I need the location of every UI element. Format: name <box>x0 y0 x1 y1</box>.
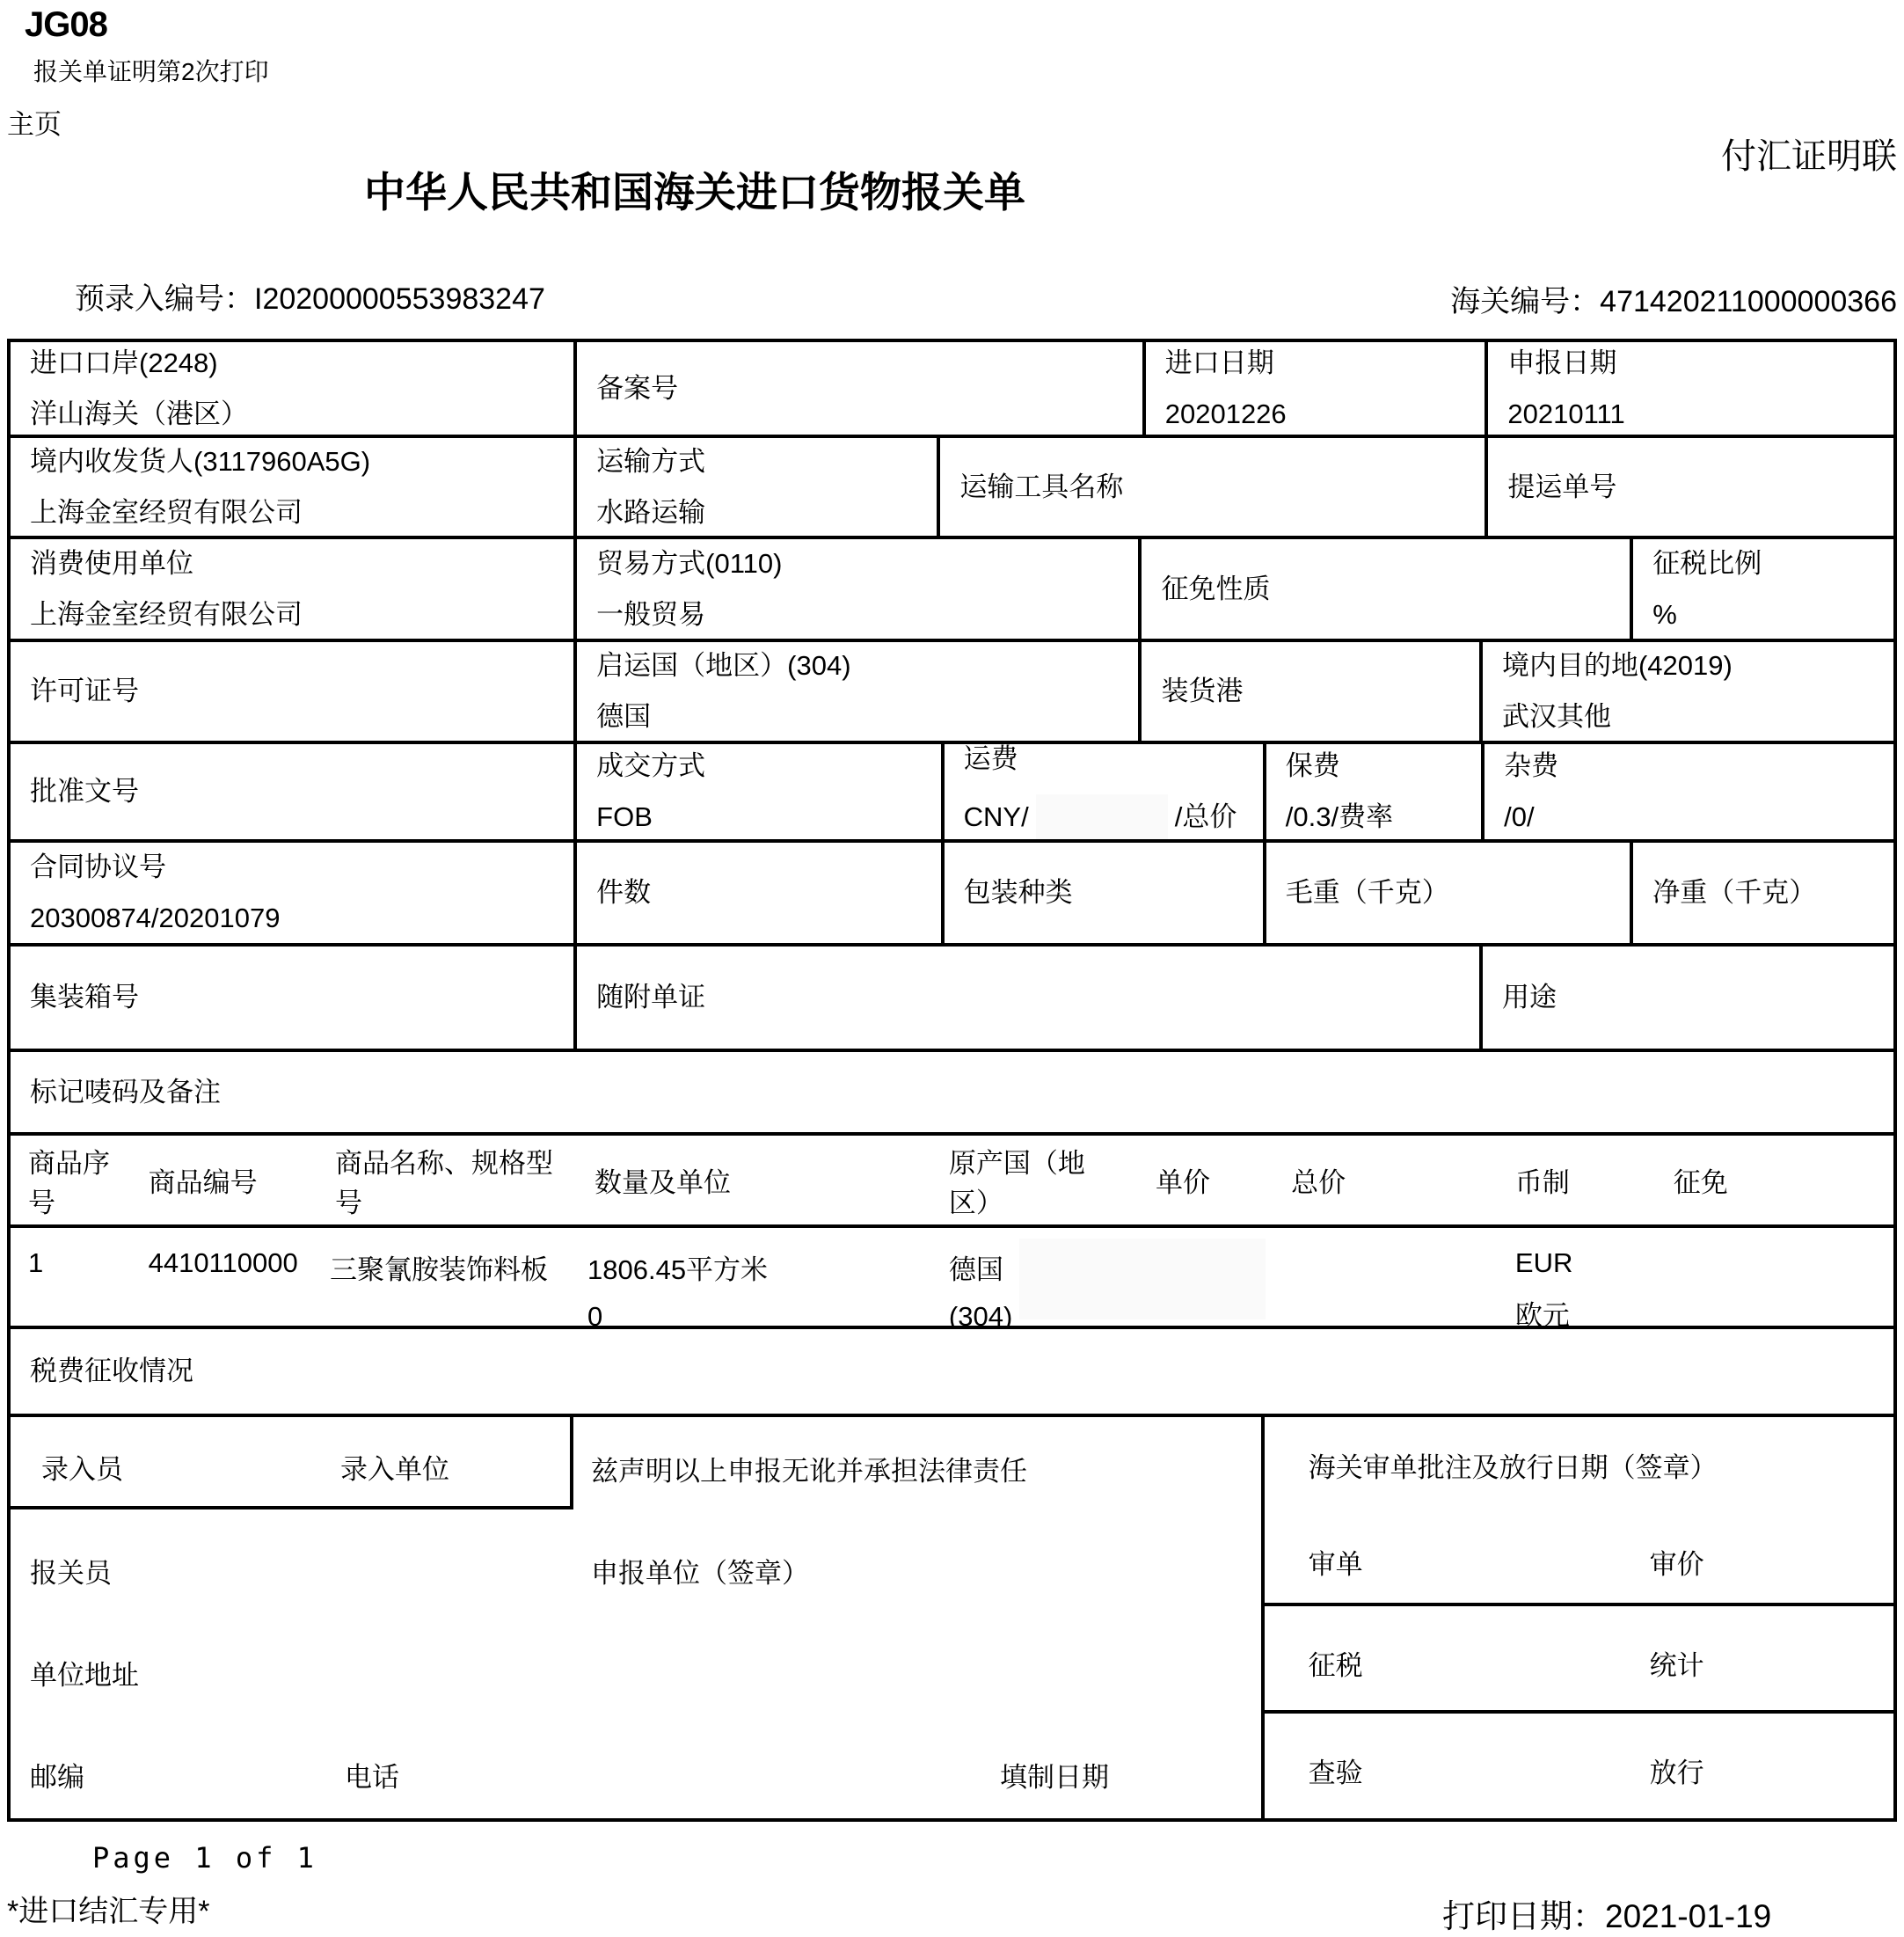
home-link[interactable]: 主页 <box>7 102 62 142</box>
goods-item-row: 1 4410110000 三聚氰胺装饰料板 1806.45平方米 0 德国 (3… <box>11 1224 1893 1326</box>
field-net-weight-label: 净重（千克） <box>1652 877 1881 909</box>
pre-entry-value: I20200000553983247 <box>254 282 545 316</box>
field-bill-no: 提运单号 <box>1485 438 1893 536</box>
field-trade-mode-label: 贸易方式(0110) <box>596 548 1126 580</box>
table-row: 合同协议号 20300874/20201079 件数 包装种类 毛重（千克） 净… <box>11 839 1893 943</box>
field-attached-docs-label: 随附单证 <box>596 982 1467 1013</box>
field-transport-mode: 运输方式 水路运输 <box>573 438 937 536</box>
entry-clerk-box: 录入员 录入单位 <box>11 1417 573 1509</box>
field-levy-nature-label: 征免性质 <box>1161 574 1617 605</box>
form-code: JG08 <box>25 5 107 45</box>
goods-item-currency: EUR 欧元 <box>1492 1228 1651 1326</box>
taxation-box: 征税 统计 <box>1265 1606 1893 1714</box>
unit-address-label: 单位地址 <box>30 1653 139 1692</box>
field-import-date: 进口日期 20201226 <box>1142 342 1485 435</box>
field-transport-tool: 运输工具名称 <box>937 438 1485 536</box>
field-transaction-mode-value: FOB <box>596 801 928 833</box>
doc-review-label: 审单 <box>1309 1542 1363 1582</box>
field-package-type: 包装种类 <box>941 843 1263 943</box>
declaring-unit-label: 申报单位（签章） <box>591 1551 809 1590</box>
entry-unit-label: 录入单位 <box>340 1447 449 1487</box>
field-domestic-destination-value: 武汉其他 <box>1502 701 1881 733</box>
field-license-no: 许可证号 <box>11 642 573 741</box>
document-title: 中华人民共和国海关进口货物报关单 <box>202 160 1187 219</box>
customs-endorsement-area: 海关审单批注及放行日期（签章） 审单 审价 征税 统计 查验 放行 <box>1261 1417 1893 1818</box>
page-info: Page 1 of 1 <box>92 1841 317 1875</box>
entry-clerk-label: 录入员 <box>41 1447 123 1487</box>
field-misc-fees: 杂费 /0/ <box>1481 744 1893 839</box>
table-row: 消费使用单位 上海金室经贸有限公司 贸易方式(0110) 一般贸易 征免性质 征… <box>11 536 1893 639</box>
customs-number: 海关编号：471420211000000366 <box>1450 277 1897 320</box>
field-gross-weight-label: 毛重（千克） <box>1286 877 1617 909</box>
field-contract-no-label: 合同协议号 <box>30 852 561 883</box>
redacted-price-values <box>1019 1239 1266 1319</box>
goods-item-levy <box>1651 1228 1893 1326</box>
field-consignee-value: 上海金室经贸有限公司 <box>30 497 561 529</box>
field-import-port-label: 进口口岸(2248) <box>30 347 561 379</box>
goods-header-total-price: 总价 <box>1268 1136 1492 1224</box>
goods-header-quantity: 数量及单位 <box>572 1136 931 1224</box>
goods-item-quantity: 1806.45平方米 0 <box>572 1228 931 1326</box>
field-insurance: 保费 /0.3/费率 <box>1263 744 1481 839</box>
customs-endorsement-label: 海关审单批注及放行日期（签章） <box>1309 1445 1718 1485</box>
field-approval-no: 批准文号 <box>11 744 573 839</box>
goods-header-unit-price: 单价 <box>1133 1136 1268 1224</box>
goods-header-levy: 征免 <box>1651 1136 1893 1224</box>
field-tax-levy: 税费征收情况 <box>11 1329 1893 1414</box>
field-levy-nature: 征免性质 <box>1138 539 1630 639</box>
field-consumer-unit: 消费使用单位 上海金室经贸有限公司 <box>11 539 573 639</box>
field-declare-date: 申报日期 20210111 <box>1485 342 1893 435</box>
freight-suffix: /总价 <box>1175 801 1237 833</box>
statistics-label: 统计 <box>1650 1643 1704 1683</box>
print-date-value: 2021-01-19 <box>1605 1898 1771 1934</box>
field-license-no-label: 许可证号 <box>30 676 561 707</box>
goods-item-total-price <box>1268 1228 1492 1326</box>
goods-header-seq: 商品序号 <box>11 1136 126 1224</box>
goods-item-seq: 1 <box>11 1228 126 1326</box>
field-net-weight: 净重（千克） <box>1630 843 1893 943</box>
declaration-statement: 兹声明以上申报无讹并承担法律责任 <box>591 1449 1027 1488</box>
customs-number-label: 海关编号： <box>1450 285 1600 318</box>
table-row: 标记唛码及备注 <box>11 1049 1893 1132</box>
field-transaction-mode-label: 成交方式 <box>596 750 928 782</box>
field-import-port-value: 洋山海关（港区） <box>30 398 561 430</box>
field-consumer-unit-value: 上海金室经贸有限公司 <box>30 599 561 631</box>
field-domestic-destination-label: 境内目的地(42019) <box>1502 650 1881 682</box>
field-bill-no-label: 提运单号 <box>1507 471 1881 503</box>
field-freight-label: 运费 <box>964 744 1251 775</box>
field-consignee: 境内收发货人(3117960A5G) 上海金室经贸有限公司 <box>11 438 573 536</box>
field-trade-mode: 贸易方式(0110) 一般贸易 <box>573 539 1138 639</box>
goods-header-code: 商品编号 <box>126 1136 317 1224</box>
field-insurance-value: /0.3/费率 <box>1286 801 1469 833</box>
field-import-date-value: 20201226 <box>1165 398 1473 430</box>
field-package-count: 件数 <box>573 843 940 943</box>
field-approval-no-label: 批准文号 <box>30 776 561 808</box>
field-contract-no: 合同协议号 20300874/20201079 <box>11 843 573 943</box>
field-departure-country-label: 启运国（地区）(304) <box>596 650 1126 682</box>
field-transport-tool-label: 运输工具名称 <box>959 471 1472 503</box>
field-tax-ratio-label: 征税比例 <box>1652 548 1881 580</box>
field-departure-country: 启运国（地区）(304) 德国 <box>573 642 1138 741</box>
field-misc-fees-value: /0/ <box>1504 801 1881 833</box>
field-consignee-label: 境内收发货人(3117960A5G) <box>30 446 561 478</box>
field-tax-ratio: 征税比例 % <box>1630 539 1893 639</box>
goods-item-code: 4410110000 <box>126 1228 317 1326</box>
field-transport-mode-label: 运输方式 <box>596 446 924 478</box>
goods-header-currency: 币制 <box>1492 1136 1651 1224</box>
field-consumer-unit-label: 消费使用单位 <box>30 548 561 580</box>
field-freight-value: CNY/ /总价 <box>964 794 1251 839</box>
field-package-type-label: 包装种类 <box>964 877 1251 909</box>
customs-broker-label: 报关员 <box>30 1551 112 1590</box>
print-date: 打印日期：2021-01-19 <box>1442 1889 1771 1937</box>
field-tax-ratio-value: % <box>1652 599 1881 631</box>
field-import-date-label: 进口日期 <box>1165 347 1473 379</box>
table-row: 境内收发货人(3117960A5G) 上海金室经贸有限公司 运输方式 水路运输 … <box>11 435 1893 536</box>
field-usage-label: 用途 <box>1502 982 1881 1013</box>
field-tax-levy-label: 税费征收情况 <box>30 1356 1881 1387</box>
tax-levy-row: 税费征收情况 <box>11 1326 1893 1414</box>
table-row: 进口口岸(2248) 洋山海关（港区） 备案号 进口日期 20201226 申报… <box>11 342 1893 435</box>
print-note: 报关单证明第2次打印 <box>33 53 269 88</box>
field-freight: 运费 CNY/ /总价 <box>941 744 1263 839</box>
field-record-no-label: 备案号 <box>596 373 1130 405</box>
postcode-label: 邮编 <box>30 1755 84 1794</box>
table-row: 批准文号 成交方式 FOB 运费 CNY/ /总价 保费 /0.3/费率 杂费 … <box>11 741 1893 839</box>
field-contract-no-value: 20300874/20201079 <box>30 903 561 934</box>
field-loading-port: 装货港 <box>1138 642 1479 741</box>
field-domestic-destination: 境内目的地(42019) 武汉其他 <box>1479 642 1893 741</box>
goods-header-row: 商品序号 商品编号 商品名称、规格型号 数量及单位 原产国（地区） 单价 总价 … <box>11 1132 1893 1224</box>
field-package-count-label: 件数 <box>596 877 928 909</box>
price-review-label: 审价 <box>1650 1542 1704 1582</box>
phone-label: 电话 <box>345 1755 399 1794</box>
field-container-no-label: 集装箱号 <box>30 982 561 1013</box>
field-declare-date-label: 申报日期 <box>1507 347 1881 379</box>
goods-item-name: 三聚氰胺装饰料板 <box>317 1228 572 1326</box>
declaration-table: 进口口岸(2248) 洋山海关（港区） 备案号 进口日期 20201226 申报… <box>7 339 1897 1822</box>
inspection-label: 查验 <box>1309 1751 1363 1790</box>
table-row: 集装箱号 随附单证 用途 <box>11 943 1893 1049</box>
field-transport-mode-value: 水路运输 <box>596 497 924 529</box>
goods-header-name: 商品名称、规格型号 <box>317 1136 572 1224</box>
pre-entry-label: 预录入编号： <box>75 282 254 316</box>
signature-left-area: 录入员 录入单位 兹声明以上申报无讹并承担法律责任 报关员 申报单位（签章） 单… <box>11 1417 1261 1818</box>
field-insurance-label: 保费 <box>1286 750 1469 782</box>
fill-date-label: 填制日期 <box>1000 1755 1109 1794</box>
inspection-box: 查验 放行 <box>1265 1714 1893 1818</box>
field-container-no: 集装箱号 <box>11 947 573 1049</box>
usage-note: *进口结汇专用* <box>7 1887 209 1930</box>
field-marks-notes: 标记唛码及备注 <box>11 1052 1893 1132</box>
field-import-port: 进口口岸(2248) 洋山海关（港区） <box>11 342 573 435</box>
endorsement-box: 海关审单批注及放行日期（签章） 审单 审价 <box>1265 1417 1893 1606</box>
field-record-no: 备案号 <box>573 342 1142 435</box>
field-attached-docs: 随附单证 <box>573 947 1479 1049</box>
pre-entry-number: 预录入编号：I20200000553983247 <box>75 274 545 318</box>
print-date-label: 打印日期： <box>1442 1898 1605 1934</box>
redacted-freight-amount <box>1036 794 1168 839</box>
signature-section: 录入员 录入单位 兹声明以上申报无讹并承担法律责任 报关员 申报单位（签章） 单… <box>11 1414 1893 1818</box>
field-marks-notes-label: 标记唛码及备注 <box>30 1077 1881 1108</box>
customs-number-value: 471420211000000366 <box>1600 285 1897 318</box>
field-gross-weight: 毛重（千克） <box>1263 843 1630 943</box>
field-declare-date-value: 20210111 <box>1507 398 1881 430</box>
copy-name: 付汇证明联 <box>1721 128 1897 179</box>
table-row: 许可证号 启运国（地区）(304) 德国 装货港 境内目的地(42019) 武汉… <box>11 639 1893 741</box>
freight-prefix: CNY/ <box>964 801 1029 833</box>
field-misc-fees-label: 杂费 <box>1504 750 1881 782</box>
field-departure-country-value: 德国 <box>596 701 1126 733</box>
field-usage: 用途 <box>1479 947 1893 1049</box>
field-transaction-mode: 成交方式 FOB <box>573 744 940 839</box>
field-loading-port-label: 装货港 <box>1161 676 1467 707</box>
release-label: 放行 <box>1650 1751 1704 1790</box>
field-trade-mode-value: 一般贸易 <box>596 599 1126 631</box>
goods-header-origin: 原产国（地区） <box>931 1136 1133 1224</box>
taxation-label: 征税 <box>1309 1643 1363 1683</box>
